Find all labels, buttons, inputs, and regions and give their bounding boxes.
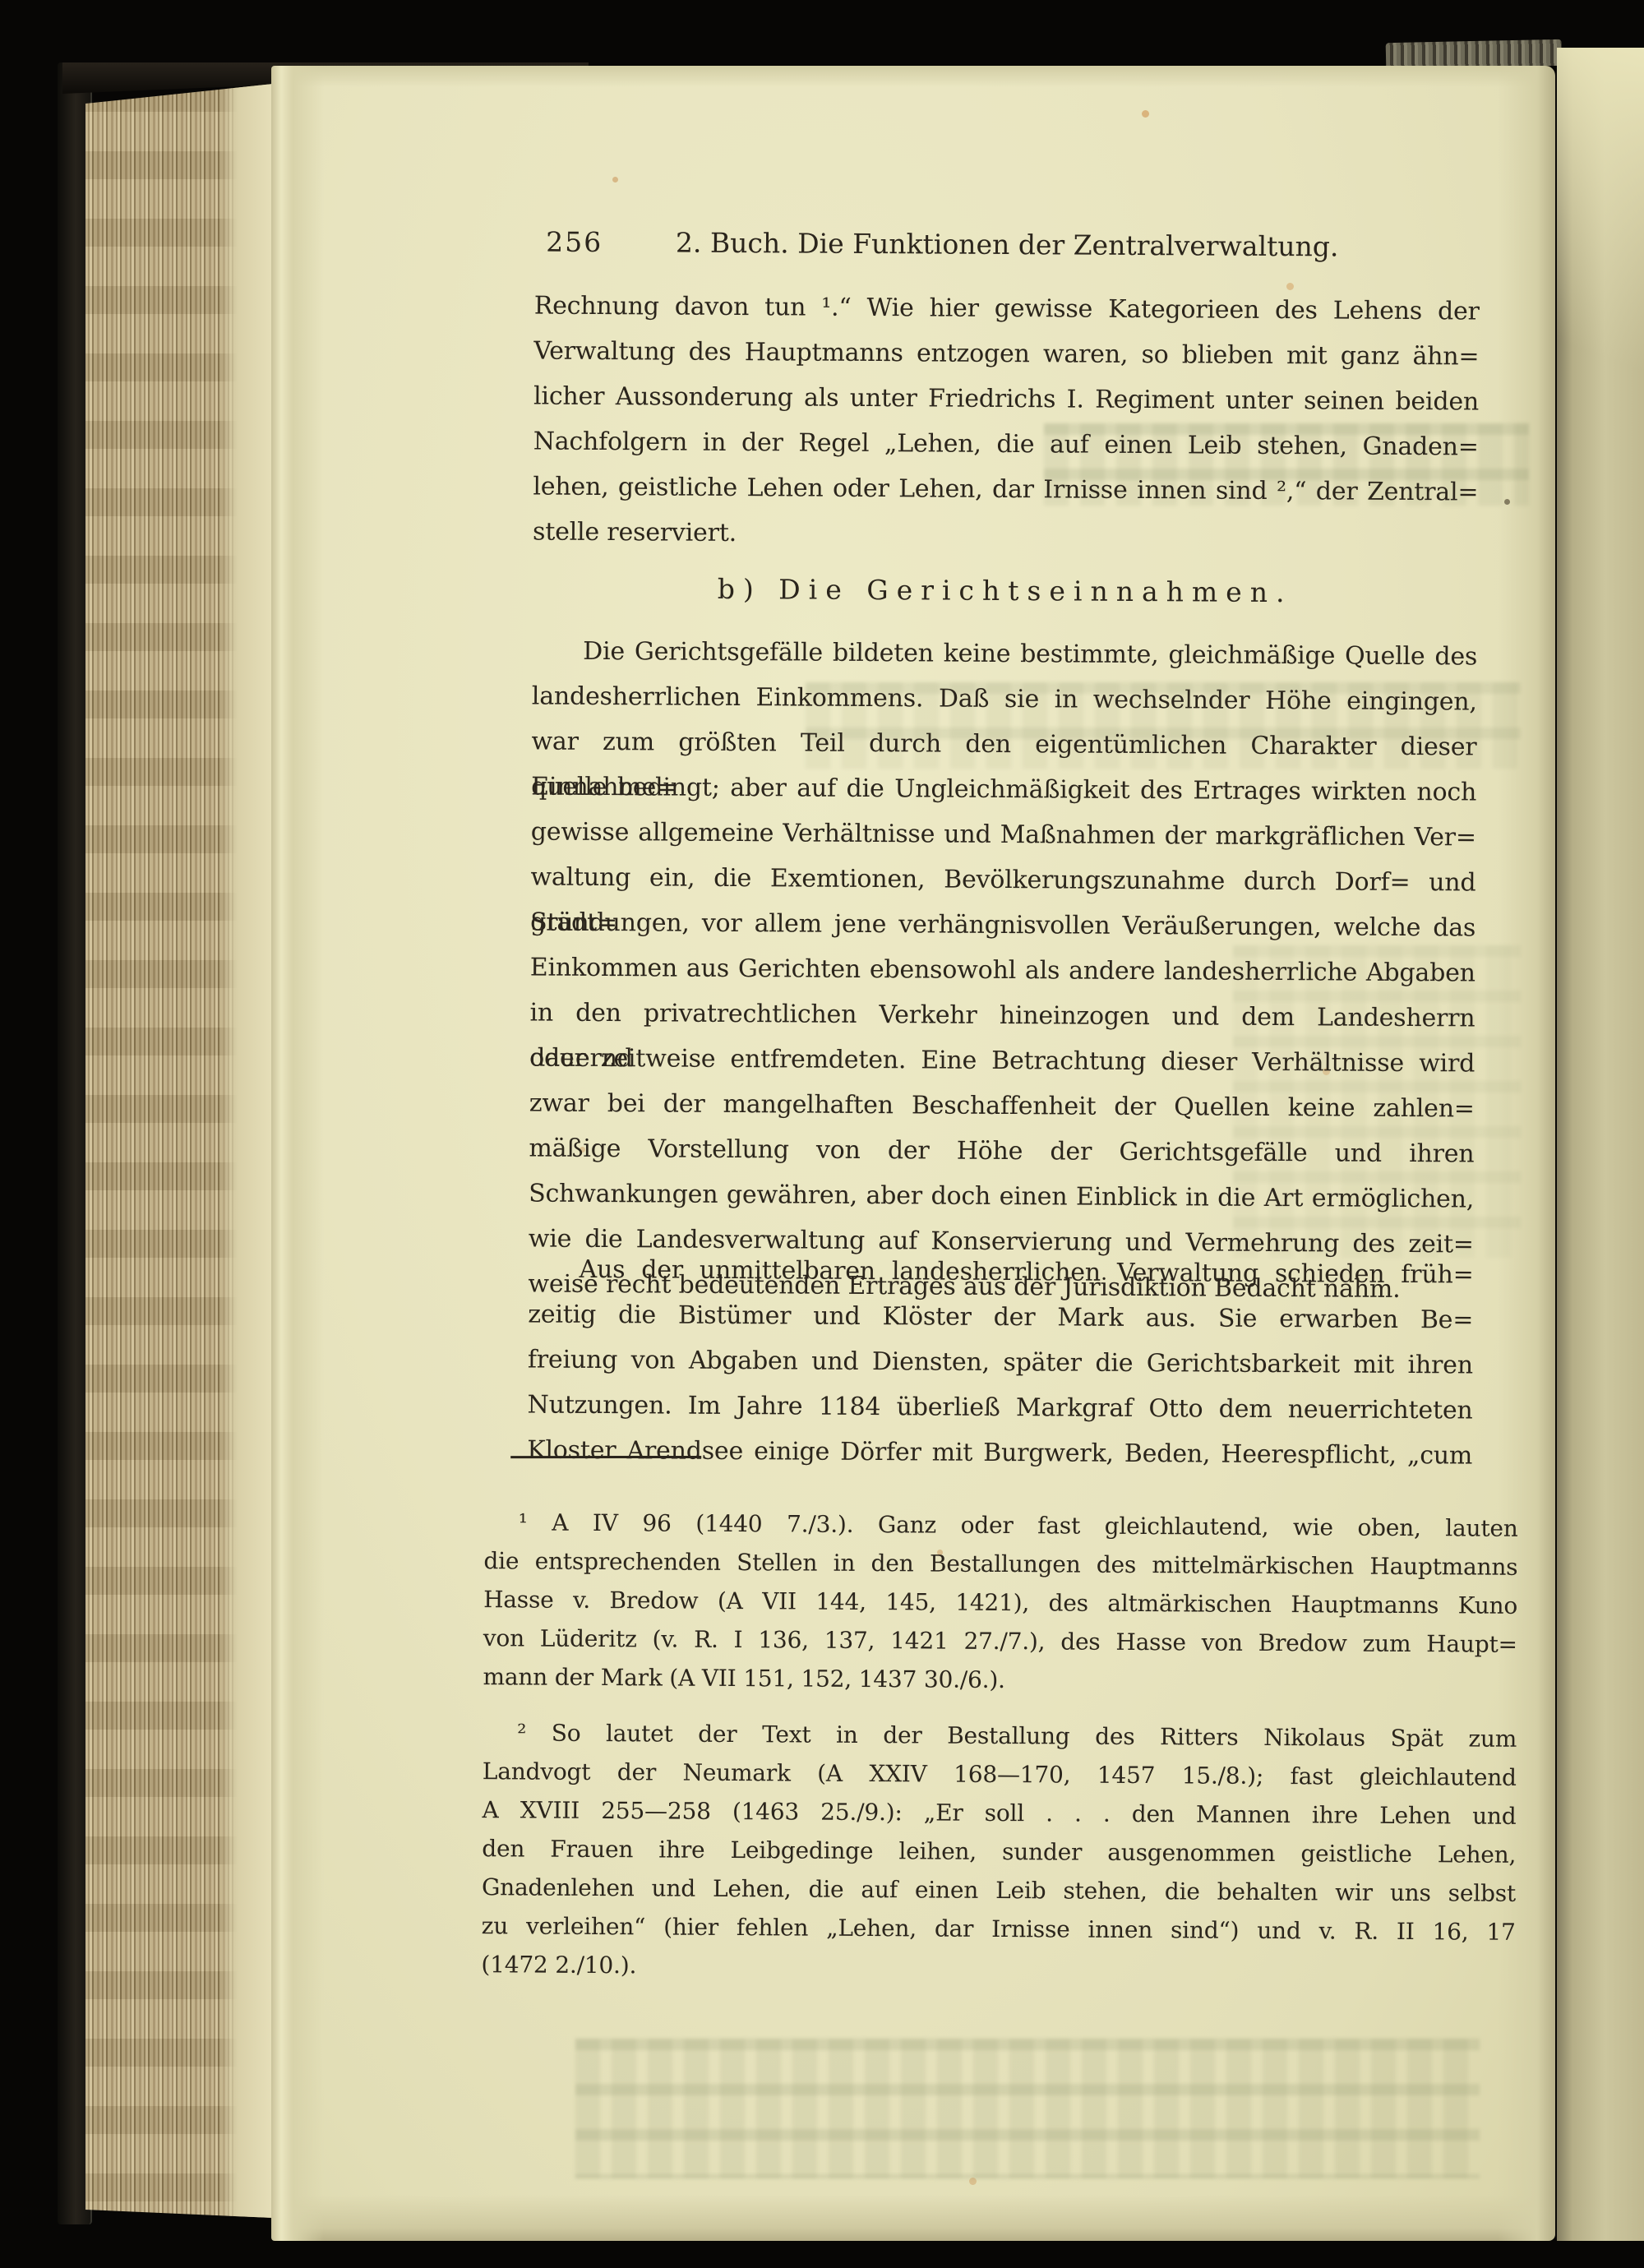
foxing-specks [271,66,277,72]
text-line: gewisse allgemeine Verhältnisse und Maßn… [531,809,1476,860]
text-line: Schwankungen gewähren, aber doch einen E… [529,1171,1474,1222]
text-line: licher Aussonderung als unter Friedrichs… [533,374,1479,425]
text-line: stelle reserviert. [533,509,1478,560]
running-title: 2. Buch. Die Funktionen der Zentralverwa… [676,227,1339,263]
text-line: (1472 2./10.). [481,1945,1515,1990]
facing-page-edge [1557,48,1644,2241]
text-line: oder zeitweise entfremdeten. Eine Betrac… [529,1035,1475,1086]
text-line: mann der Mark (A VII 151, 152, 1437 30./… [483,1657,1517,1702]
text-line: Rechnung davon tun ¹.“ Wie hier gewisse … [534,284,1480,335]
text-line: freiung von Abgaben und Diensten, später… [528,1337,1473,1388]
text-line: lehen, geistliche Lehen oder Lehen, dar … [533,464,1478,515]
paragraph: Rechnung davon tun ¹.“ Wie hier gewisse … [533,284,1480,561]
text-line: Einkommen aus Gerichten ebensowohl als a… [530,945,1475,995]
text-line: Gnadenlehen und Lehen, die auf einen Lei… [482,1868,1516,1913]
text-line: quelle bedingt; aber auf die Ungleichmäß… [531,764,1476,815]
text-line: mäßige Vorstellung von der Höhe der Geri… [529,1125,1474,1176]
page-number: 256 [546,226,603,258]
text-line: von Lüderitz (v. R. I 136, 137, 1421 27.… [483,1619,1517,1664]
section-heading: b) Die Gerichtseinnahmen. [532,564,1477,617]
footnote: ¹ A IV 96 (1440 7./3.). Ganz oder fast g… [483,1503,1517,1702]
bookbinding-headband [1386,39,1563,69]
text-line: den Frauen ihre Leibgedinge leihen, sund… [482,1829,1516,1874]
printed-text: 256 2. Buch. Die Funktionen der Zentralv… [522,63,1480,2268]
text-line: ² So lautet der Text in der Bestallung d… [483,1713,1517,1758]
footnote-divider [510,1456,701,1458]
page-edges-stack [85,84,273,2218]
text-line: war zum größten Teil durch den eigentüml… [531,718,1476,769]
book-scan: 256 2. Buch. Die Funktionen der Zentralv… [0,0,1644,2268]
text-line: Kloster Arendsee einige Dörfer mit Burgw… [527,1427,1472,1478]
text-line: Hasse v. Bredow (A VII 144, 145, 1421), … [483,1580,1517,1625]
text-line: die entsprechenden Stellen in den Bestal… [483,1541,1517,1587]
text-line: in den privatrechtlichen Verkehr hineinz… [529,990,1475,1041]
text-line: gründungen, vor allem jene verhängnisvol… [530,899,1475,950]
text-line: zu verleihen“ (hier fehlen „Lehen, dar I… [482,1906,1516,1952]
text-line: landesherrlichen Einkommens. Daß sie in … [532,673,1477,724]
text-line: A XVIII 255—258 (1463 25./9.): „Er soll … [482,1790,1516,1836]
text-line: ¹ A IV 96 (1440 7./3.). Ganz oder fast g… [484,1503,1518,1548]
text-line: zwar bei der mangelhaften Beschaffenheit… [529,1080,1475,1131]
text-line: Landvogt der Neumark (A XXIV 168—170, 14… [483,1752,1517,1797]
text-line: Aus der unmittelbaren landesherrlichen V… [528,1246,1473,1297]
text-line: Verwaltung des Hauptmanns entzogen waren… [533,329,1479,380]
text-line: Die Gerichtsgefälle bildeten keine besti… [532,628,1477,679]
paragraph: Aus der unmittelbaren landesherrlichen V… [527,1246,1474,1478]
running-head: 256 2. Buch. Die Funktionen der Zentralv… [534,226,1480,270]
text-line: Nachfolgern in der Regel „Lehen, die auf… [533,418,1479,469]
paragraph: Die Gerichtsgefälle bildeten keine besti… [528,628,1477,1312]
text-line: zeitig die Bistümer und Klöster der Mark… [528,1291,1473,1342]
text-line: waltung ein, die Exemtionen, Bevölkerung… [530,854,1475,905]
text-line: Nutzungen. Im Jahre 1184 überließ Markgr… [527,1382,1472,1433]
footnote: ² So lautet der Text in der Bestallung d… [481,1713,1517,1990]
